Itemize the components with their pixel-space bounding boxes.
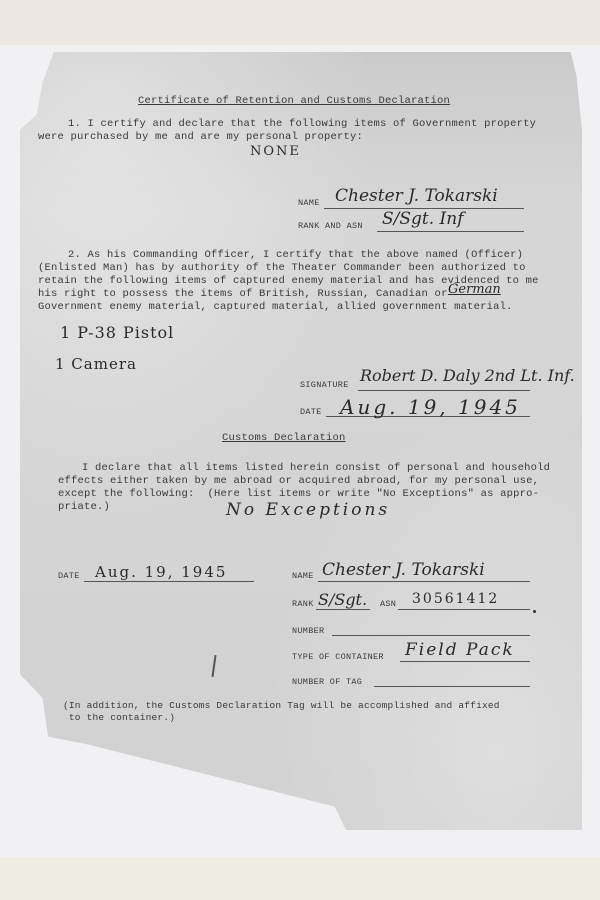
container-type-label: TYPE OF CONTAINER — [292, 652, 384, 662]
container-type-line — [400, 661, 530, 662]
customs-date-value: Aug. 19, 1945 — [95, 563, 227, 581]
customs-asn-line — [398, 609, 530, 610]
nationality-handwritten: German — [448, 282, 501, 297]
section2-line5: Government enemy material, captured mate… — [38, 301, 513, 313]
cert-date-value: Aug. 19, 1945 — [340, 395, 521, 419]
ink-mark — [533, 610, 536, 613]
retained-item-2: 1 Camera — [55, 355, 137, 373]
section2-line2: (Enlisted Man) has by authority of the T… — [38, 262, 526, 274]
container-type-value: Field Pack — [405, 640, 515, 660]
section1-line1: 1. I certify and declare that the follow… — [68, 118, 536, 130]
customs-name-line — [318, 581, 530, 582]
cert-date-label: DATE — [300, 407, 322, 417]
signature-value: Robert D. Daly 2nd Lt. Inf. — [360, 366, 575, 385]
customs-number-line — [332, 635, 530, 636]
document-title: Certificate of Retention and Customs Dec… — [138, 95, 450, 107]
customs-date-line — [84, 581, 254, 582]
tag-number-label: NUMBER OF TAG — [292, 677, 362, 687]
name-value: Chester J. Tokarski — [335, 186, 498, 206]
section1-line2: were purchased by me and are my personal… — [38, 131, 363, 143]
name-label: NAME — [298, 198, 320, 208]
customs-line4: priate.) — [58, 501, 110, 513]
customs-name-label: NAME — [292, 571, 314, 581]
customs-line3: except the following: (Here list items o… — [58, 488, 539, 500]
customs-name-value: Chester J. Tokarski — [322, 560, 485, 580]
customs-asn-label: ASN — [380, 599, 396, 609]
customs-date-label: DATE — [58, 571, 80, 581]
customs-line2: effects either taken by me abroad or acq… — [58, 475, 539, 487]
table-surface — [0, 855, 600, 900]
section1-items-handwritten: NONE — [250, 144, 301, 159]
section2-line4: his right to possess the items of Britis… — [38, 288, 448, 300]
signature-label: SIGNATURE — [300, 380, 349, 390]
signature-line — [358, 390, 530, 391]
customs-asn-value: 30561412 — [412, 591, 499, 607]
rank-asn-label: RANK AND ASN — [298, 221, 363, 231]
rank-asn-line — [377, 231, 524, 232]
customs-heading: Customs Declaration — [222, 432, 346, 444]
tag-number-line — [374, 686, 530, 687]
retained-item-1: 1 P-38 Pistol — [60, 323, 174, 342]
customs-note-line1: (In addition, the Customs Declaration Ta… — [63, 700, 500, 712]
customs-rank-value: S/Sgt. — [318, 590, 367, 609]
customs-exceptions-handwritten: No Exceptions — [226, 500, 390, 520]
rank-asn-value: S/Sgt. Inf — [382, 209, 464, 229]
customs-number-label: NUMBER — [292, 626, 324, 636]
customs-rank-label: RANK — [292, 599, 314, 609]
section2-line1: 2. As his Commanding Officer, I certify … — [68, 249, 523, 261]
customs-note-line2: to the container.) — [63, 712, 175, 724]
customs-line1: I declare that all items listed herein c… — [82, 462, 550, 474]
customs-rank-line — [316, 609, 370, 610]
